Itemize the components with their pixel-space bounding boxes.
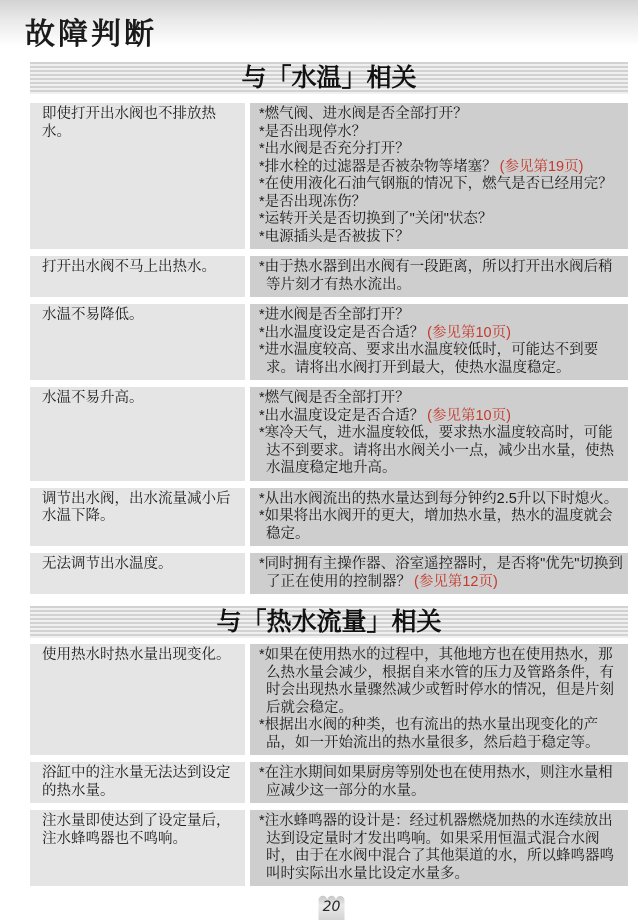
table-row: 打开出水阀不马上出热水。 *由于热水器到出水阀有一段距离，所以打开出水阀后稍等片…: [30, 256, 628, 297]
cause-item: *进水阀是否全部打开？: [259, 307, 623, 325]
page-reference: (参见第10页): [427, 325, 511, 341]
content-area: 与「水温」相关 即使打开出水阀也不排放热水。 *燃气阀、进水阀是否全部打开？ *…: [30, 62, 628, 920]
cause-item: *运转开关是否切换到了"关闭"状态？: [259, 211, 623, 229]
problem-cell: 浴缸中的注水量无法达到设定的热水量。: [30, 762, 245, 803]
cause-item: *寒冷天气，进水温度较低，要求热水温度较高时，可能达不到要求。请将出水阀关小一点…: [259, 425, 623, 478]
cause-item: *同时拥有主操作器、浴室遥控器时，是否将"优先"切换到了正在使用的控制器？(参见…: [259, 556, 623, 591]
causes-cell: *进水阀是否全部打开？ *出水温度设定是否合适？(参见第10页) *进水温度较高…: [250, 304, 628, 380]
problem-cell: 无法调节出水温度。: [30, 553, 245, 594]
cause-item: *出水阀是否充分打开？: [259, 141, 623, 159]
cause-item: *是否出现冻伤？: [259, 194, 623, 212]
causes-cell: *由于热水器到出水阀有一段距离，所以打开出水阀后稍等片刻才有热水流出。: [250, 256, 628, 297]
problem-cell: 调节出水阀，出水流量减小后水温下降。: [30, 488, 245, 547]
table-row: 即使打开出水阀也不排放热水。 *燃气阀、进水阀是否全部打开？ *是否出现停水？ …: [30, 103, 628, 249]
cause-item: *在注水期间如果厨房等别处也在使用热水，则注水量相应减少这一部分的水量。: [259, 765, 623, 800]
problem-cell: 注水量即使达到了设定量后，注水蜂鸣器也不鸣响。: [30, 810, 245, 886]
page-title: 故障判断: [0, 0, 638, 62]
cause-item: *电源插头是否被拔下？: [259, 229, 623, 247]
table-row: 水温不易降低。 *进水阀是否全部打开？ *出水温度设定是否合适？(参见第10页)…: [30, 304, 628, 380]
table-row: 使用热水时热水量出现变化。 *如果在使用热水的过程中，其他地方也在使用热水，那么…: [30, 644, 628, 755]
causes-cell: *注水蜂鸣器的设计是：经过机器燃烧加热的水连续放出达到设定量时才发出鸣响。如果采…: [250, 810, 628, 886]
cause-item: *由于热水器到出水阀有一段距离，所以打开出水阀后稍等片刻才有热水流出。: [259, 259, 623, 294]
table-row: 注水量即使达到了设定量后，注水蜂鸣器也不鸣响。 *注水蜂鸣器的设计是：经过机器燃…: [30, 810, 628, 886]
cause-item: *出水温度设定是否合适？(参见第10页): [259, 408, 623, 426]
problem-cell: 使用热水时热水量出现变化。: [30, 644, 245, 755]
causes-cell: *从出水阀流出的热水量达到每分钟约2.5升以下时熄火。 *如果将出水阀开的更大，…: [250, 488, 628, 547]
causes-cell: *燃气阀、进水阀是否全部打开？ *是否出现停水？ *出水阀是否充分打开？ *排水…: [250, 103, 628, 249]
cause-item: *进水温度较高、要求出水温度较低时，可能达不到要求。请将出水阀打开到最大，使热水…: [259, 342, 623, 377]
section-header-water-temp: 与「水温」相关: [30, 62, 628, 94]
section-header-hot-water-flow: 与「热水流量」相关: [30, 606, 628, 638]
causes-cell: *同时拥有主操作器、浴室遥控器时，是否将"优先"切换到了正在使用的控制器？(参见…: [250, 553, 628, 594]
table-row: 调节出水阀，出水流量减小后水温下降。 *从出水阀流出的热水量达到每分钟约2.5升…: [30, 488, 628, 547]
page-reference: (参见第19页): [500, 159, 584, 175]
table-row: 浴缸中的注水量无法达到设定的热水量。 *在注水期间如果厨房等别处也在使用热水，则…: [30, 762, 628, 803]
cause-item: *在使用液化石油气钢瓶的情况下，燃气是否已经用完？: [259, 176, 623, 194]
table-row: 无法调节出水温度。 *同时拥有主操作器、浴室遥控器时，是否将"优先"切换到了正在…: [30, 553, 628, 594]
cause-item: *燃气阀是否全部打开？: [259, 390, 623, 408]
cause-item: *如果将出水阀开的更大，增加热水量，热水的温度就会稳定。: [259, 508, 623, 543]
table-row: 水温不易升高。 *燃气阀是否全部打开？ *出水温度设定是否合适？(参见第10页)…: [30, 387, 628, 481]
manual-page: 故障判断 与「水温」相关 即使打开出水阀也不排放热水。 *燃气阀、进水阀是否全部…: [0, 0, 638, 924]
cause-item: *燃气阀、进水阀是否全部打开？: [259, 106, 623, 124]
problem-cell: 打开出水阀不马上出热水。: [30, 256, 245, 297]
causes-cell: *在注水期间如果厨房等别处也在使用热水，则注水量相应减少这一部分的水量。: [250, 762, 628, 803]
causes-cell: *如果在使用热水的过程中，其他地方也在使用热水，那么热水量会减少，根据自来水管的…: [250, 644, 628, 755]
page-reference: (参见第10页): [427, 408, 511, 424]
problem-cell: 水温不易升高。: [30, 387, 245, 481]
causes-cell: *燃气阀是否全部打开？ *出水温度设定是否合适？(参见第10页) *寒冷天气，进…: [250, 387, 628, 481]
cause-item: *如果在使用热水的过程中，其他地方也在使用热水，那么热水量会减少，根据自来水管的…: [259, 647, 623, 717]
cause-item: *是否出现停水？: [259, 124, 623, 142]
page-reference: (参见第12页): [414, 574, 498, 590]
cause-item: *注水蜂鸣器的设计是：经过机器燃烧加热的水连续放出达到设定量时才发出鸣响。如果采…: [259, 813, 623, 883]
problem-cell: 水温不易降低。: [30, 304, 245, 380]
problem-cell: 即使打开出水阀也不排放热水。: [30, 103, 245, 249]
cause-item: *根据出水阀的种类，也有流出的热水量出现变化的产品，如一开始流出的热水量很多，然…: [259, 717, 623, 752]
cause-item: *从出水阀流出的热水量达到每分钟约2.5升以下时熄火。: [259, 491, 623, 509]
page-number-tab: 20: [318, 893, 345, 920]
cause-item: *出水温度设定是否合适？(参见第10页): [259, 325, 623, 343]
cause-item: *排水栓的过滤器是否被杂物等堵塞？(参见第19页): [259, 159, 623, 177]
page-number: 20: [318, 899, 345, 915]
